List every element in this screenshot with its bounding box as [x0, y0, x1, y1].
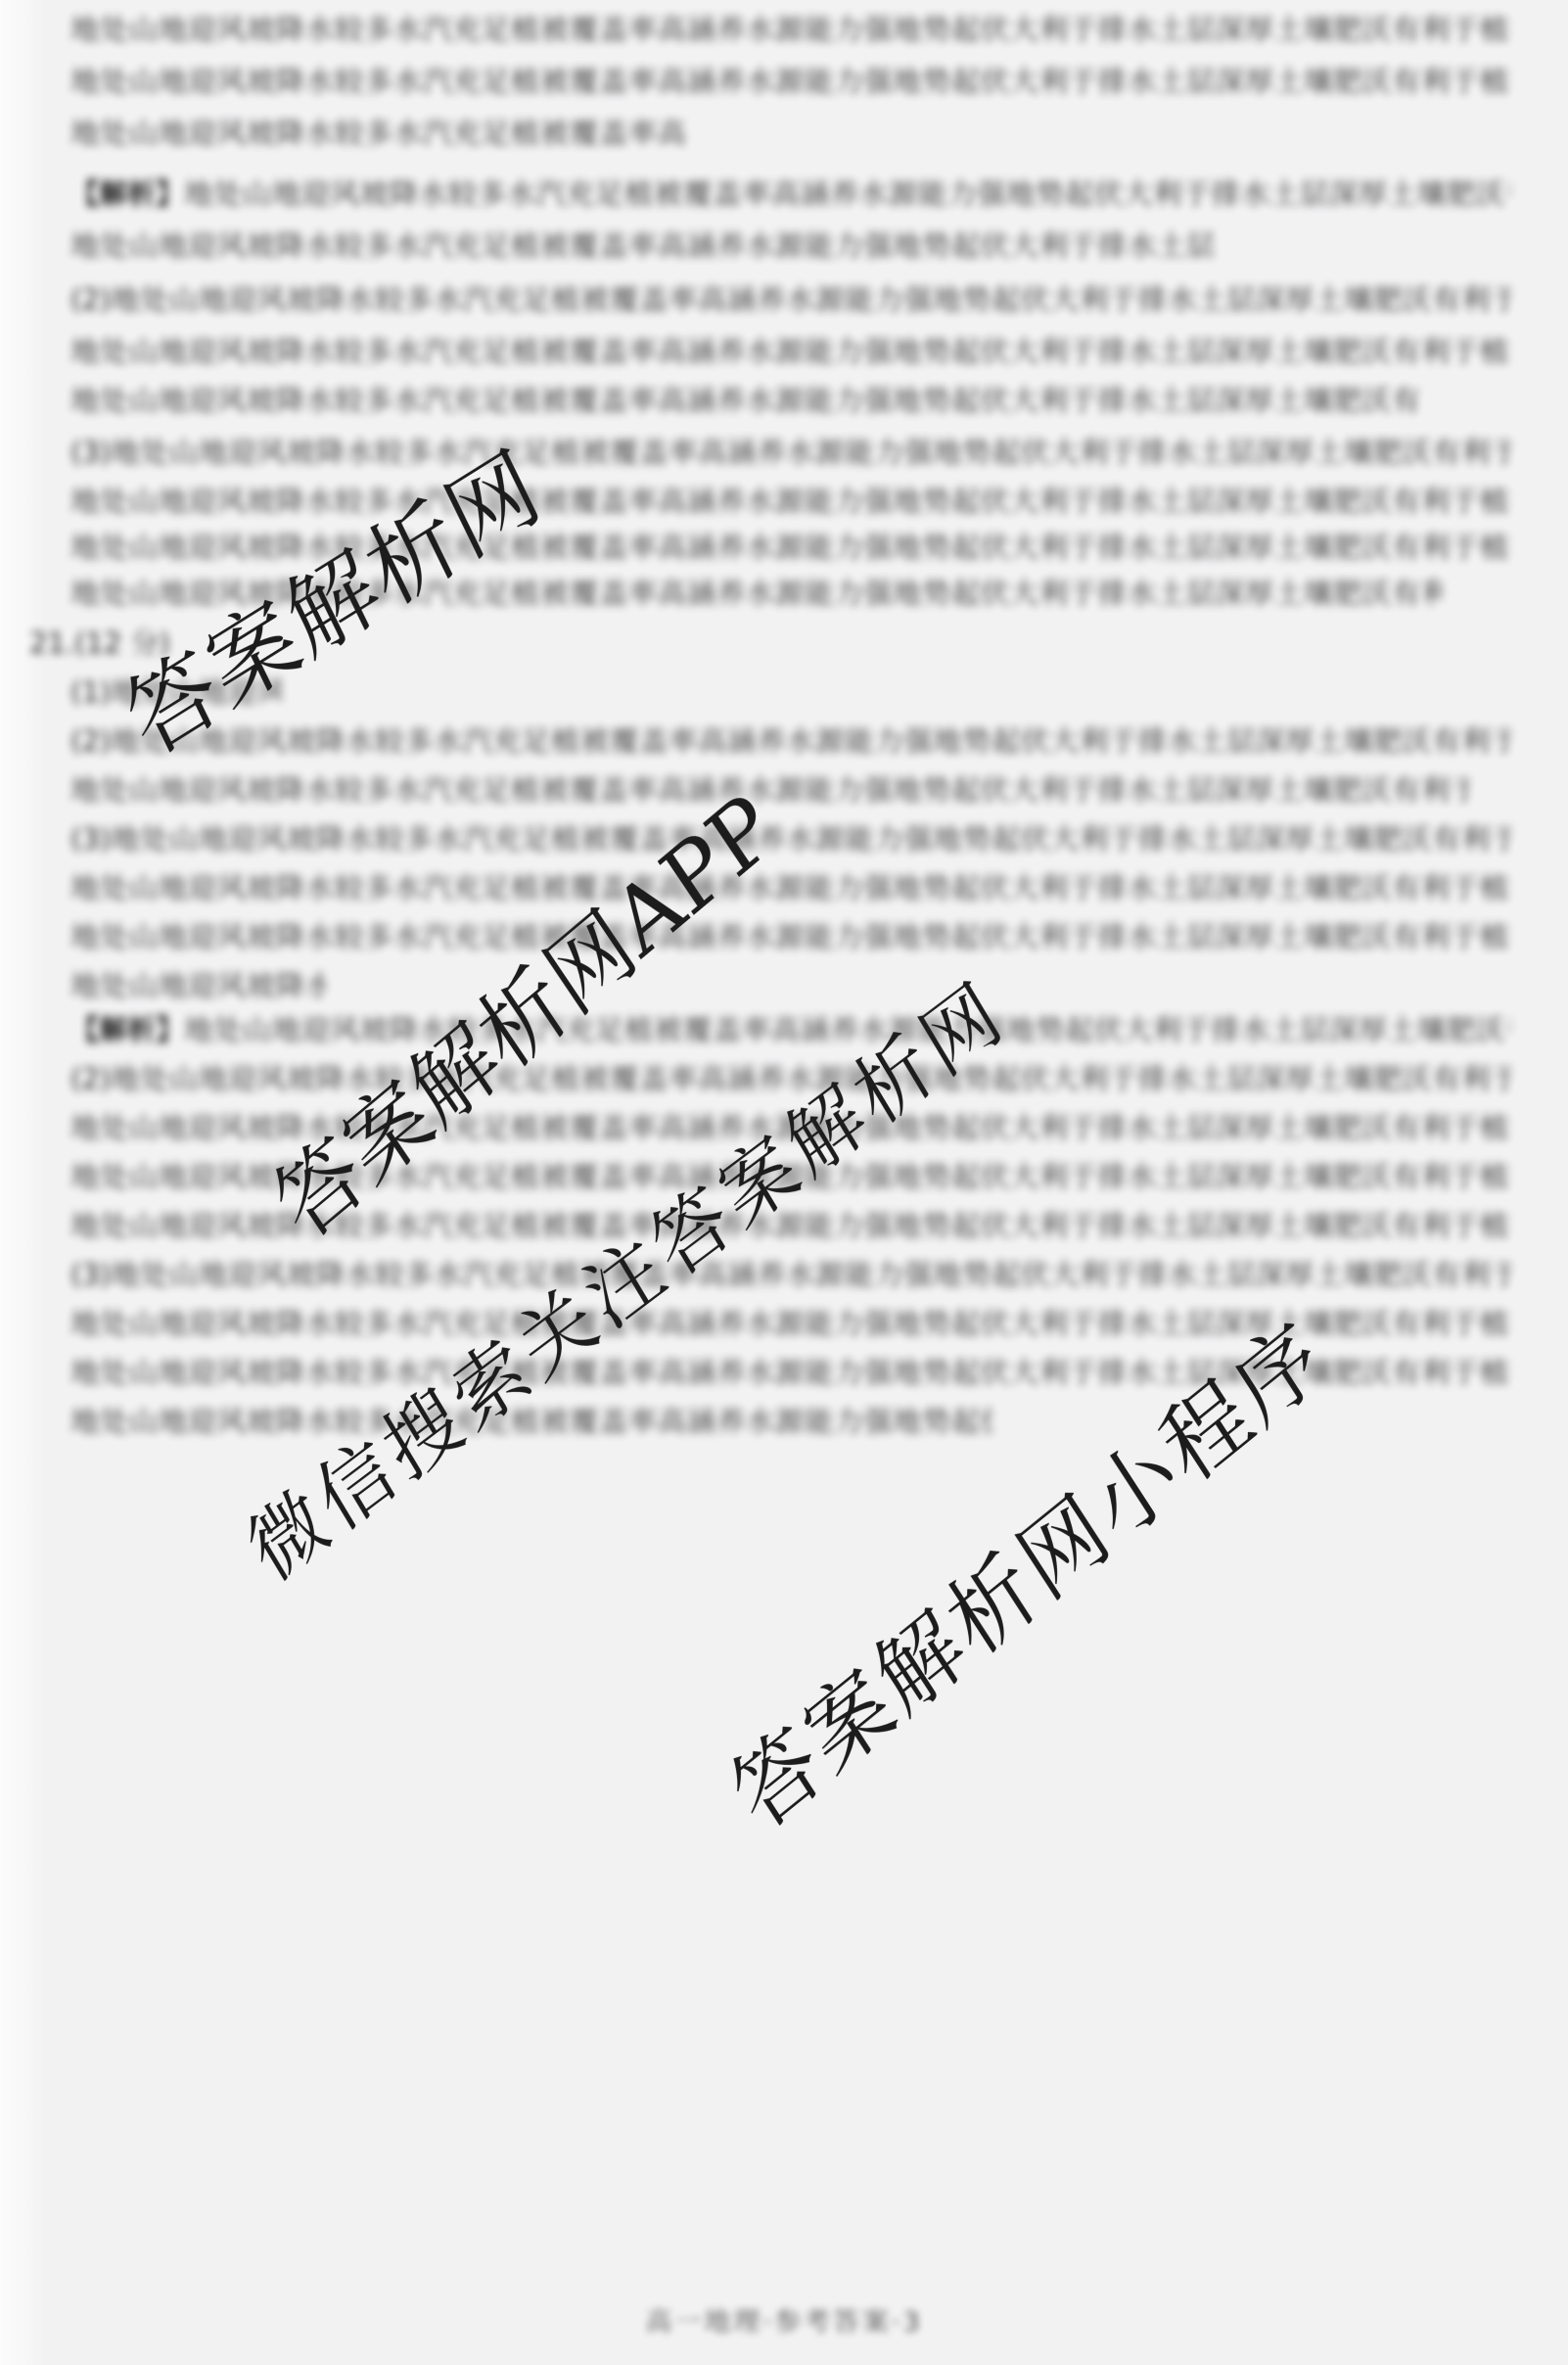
blurred-filler: 地处山地迎风坡降水较多水汽充足植被覆盖率高涵养水源能力强地势起伏大利于排水土层深… — [70, 579, 1441, 609]
blurred-text-row: 地处山地迎风坡降水较多水汽充 — [70, 971, 326, 1001]
item-label: (2) — [70, 1064, 111, 1094]
blurred-text-row: (3)地处山地迎风坡降水较多水汽充足植被覆盖率高涵养水源能力强地势起伏大利于排水… — [70, 1260, 1512, 1290]
analysis-marker: 【解析】 — [70, 1015, 184, 1045]
blurred-text-row: 地处山地迎风坡降水较多水汽充足植被覆盖率高涵养水源能力强地势起伏大利于排水土层深… — [70, 337, 1512, 367]
analysis-paragraph-row: 【解析】地处山地迎风坡降水较多水汽充足植被覆盖率高涵养水源能力强地势起伏大利于排… — [70, 1015, 1512, 1045]
item-label: (2) — [70, 285, 111, 315]
blurred-text-row: (3)地处山地迎风坡降水较多水汽充足植被覆盖率高涵养水源能力强地势起伏大利于排水… — [70, 438, 1512, 468]
item-label: (3) — [70, 1260, 111, 1290]
blurred-filler: 地处山地迎风坡降水较多水汽充足植被覆盖率高涵养水源能力强地势起伏大利于排水土层深… — [184, 179, 1512, 209]
blurred-text-row: 地处山地迎风坡降水较多水汽充足植被覆盖率高涵养水源能力强地势起伏大利于排水土层深… — [70, 15, 1512, 45]
blurred-text-row: 地处山地迎风坡降水较多水汽充足植被覆盖率高涵养水源能力强地势起伏大利于排水土层深… — [70, 1211, 1512, 1241]
blurred-text-row: 地处山地迎风坡降水较多水汽充足植被覆盖率高涵养水源能力强地势起伏大利于排水土层深… — [70, 386, 1421, 416]
blurred-filler: 地处山地迎风坡降水较多水汽充足植被覆盖率高涵养水源能力强地势起伏大利于排水土层深… — [70, 533, 1512, 563]
scan-left-margin — [0, 0, 45, 2365]
blurred-text-row: 地处山地迎风坡降水较多水汽充足植被覆盖率高涵养水源能力强地势起伏大利于排水土层深… — [70, 1113, 1512, 1143]
blurred-filler: 地处山地迎风坡降水较多水汽充足植被覆盖率高涵养水源能力强地势起伏大利于排水土层深… — [70, 1113, 1512, 1143]
blurred-filler: 地处山地迎风坡降水较多水汽充足植被覆盖率高涵养水源能力强地势起伏大利于排水土层深… — [70, 1211, 1512, 1241]
blurred-filler: 地处山地迎风坡降水较多水汽充足植被覆盖率高涵养水源能力强地势起伏大利于排水土层深… — [70, 922, 1512, 952]
analysis-marker: 【解析】 — [70, 179, 184, 209]
blurred-filler: 地处山地迎风坡降水较多水汽充足植被覆盖率高涵养水源能力强地势起伏大利于排水土层深… — [111, 285, 1512, 315]
blurred-text-row: 地处山地迎风坡降水较多水汽充足植被覆盖率高涵养水源能力强地势起伏大利于排水土层深… — [70, 873, 1512, 904]
blurred-text-row: 地处山地迎风坡降水较多水汽充足植被覆盖率高涵养水源能力强地势起伏大利于排水土层深… — [70, 1162, 1512, 1192]
blurred-text-row: (2)地处山地迎风坡降水较多水汽充足植被覆盖率高涵养水源能力强地势起伏大利于排水… — [70, 726, 1512, 757]
blurred-filler: 地处山地迎风坡降水较多水汽充足植被覆盖率高涵养水源能力强地势起伏大利于排水土层深… — [70, 15, 1512, 45]
blurred-filler: 地处山地迎风坡降水较多水汽充足植被覆盖率高涵养水源能力强地势起伏大利于排水土层深… — [70, 873, 1512, 904]
blurred-filler: 地处山地迎风坡降水较多水汽充足植被覆盖率高涵养水源能力强地势起伏大利于排水土层深… — [111, 438, 1512, 468]
blurred-text-row: 地处山地迎风坡降水较多水汽充足植被覆盖率高涵养水源能力强地势起伏大利于排水土层深… — [70, 1407, 993, 1437]
blurred-filler: 地处山地迎风坡降水较多水汽充足植被覆盖率高涵养水源能力强地势起伏大利于排水土层深… — [70, 231, 1214, 261]
blurred-filler: 地处山地迎风坡降水较多水汽充足植被覆盖率高涵养水源能力强地势起伏大利于排水土层深… — [70, 386, 1421, 416]
blurred-text-row: 地处山地迎风坡降水较多水汽充足植被覆盖率高涵养水源能力强地势起伏大利于排水土层深… — [70, 579, 1441, 609]
blurred-filler: 地处山地迎风坡降水较多水汽充足植被覆盖率高涵养水源能力强地势起伏大利于排水土层深… — [70, 775, 1470, 806]
blurred-filler: 地处山地迎风坡降水较多水汽充足植被覆盖率高涵养水源能力强地势起伏大利于排水土层深… — [111, 1260, 1512, 1290]
blurred-text-row: (1)地处山地迎风坡降水较多 — [70, 677, 281, 708]
blurred-filler: 地处山地迎风坡降水较多水汽充 — [70, 971, 326, 1001]
blurred-filler: 地处山地迎风坡降水较多水汽充足植被覆盖率高涵养水源能力强地势起伏大利于排水土层深… — [111, 1064, 1512, 1094]
blurred-filler: 地处山地迎风坡降水较多水汽充足植被覆盖率高涵养水源能力强地势起伏大利于排水土层深… — [70, 1309, 1512, 1339]
blurred-filler: 地处山地迎风坡降水较多水汽充足植被覆盖率高涵养水源能力强地势起伏大利于排水土层深… — [70, 337, 1512, 367]
blurred-filler: 地处山地迎风坡降水较多水汽充足植被覆盖率高涵养水源能力强地势起伏大利于排水土层深… — [70, 487, 1512, 517]
analysis-paragraph-row: 【解析】地处山地迎风坡降水较多水汽充足植被覆盖率高涵养水源能力强地势起伏大利于排… — [70, 179, 1512, 209]
document-page: 地处山地迎风坡降水较多水汽充足植被覆盖率高涵养水源能力强地势起伏大利于排水土层深… — [0, 0, 1568, 2365]
blurred-filler: 地处山地迎风坡降水较多水汽充足植被覆盖率高涵养水源能力强地势起伏 — [70, 118, 683, 149]
blurred-filler: 地处山地迎风坡降水较多水汽充足植被覆盖率高涵养水源能力强地势起伏大利于排水土层深… — [70, 1407, 993, 1437]
blurred-filler: 地处山地迎风坡降水较多水汽充足植被覆盖率高涵养水源能力强地势起伏大利于排水土层深… — [111, 726, 1512, 757]
blurred-filler: 地处山地迎风坡降水较多水汽充足植被覆盖率高涵养水源能力强地势起伏大利于排水土层深… — [70, 1162, 1512, 1192]
blurred-filler: 地处山地迎风坡降水较多 — [111, 677, 281, 708]
blurred-text-row: (3)地处山地迎风坡降水较多水汽充足植被覆盖率高涵养水源能力强地势起伏大利于排水… — [70, 824, 1512, 855]
blurred-text-row: (2)地处山地迎风坡降水较多水汽充足植被覆盖率高涵养水源能力强地势起伏大利于排水… — [70, 1064, 1512, 1094]
item-label: (3) — [70, 824, 111, 855]
blurred-filler: 地处山地迎风坡降水较多水汽充足植被覆盖率高涵养水源能力强地势起伏大利于排水土层深… — [111, 824, 1512, 855]
blurred-text-row: 地处山地迎风坡降水较多水汽充足植被覆盖率高涵养水源能力强地势起伏大利于排水土层深… — [70, 533, 1512, 563]
page-footer: 高一地理·参考答案·3 — [0, 2300, 1568, 2339]
blurred-text-row: (2)地处山地迎风坡降水较多水汽充足植被覆盖率高涵养水源能力强地势起伏大利于排水… — [70, 285, 1512, 315]
blurred-text-row: 地处山地迎风坡降水较多水汽充足植被覆盖率高涵养水源能力强地势起伏大利于排水土层深… — [70, 922, 1512, 952]
blurred-text-row: 地处山地迎风坡降水较多水汽充足植被覆盖率高涵养水源能力强地势起伏大利于排水土层深… — [70, 231, 1214, 261]
item-label: (2) — [70, 726, 111, 757]
item-label: 21.(12 分) — [29, 628, 170, 659]
blurred-text-row: 地处山地迎风坡降水较多水汽充足植被覆盖率高涵养水源能力强地势起伏大利于排水土层深… — [70, 67, 1512, 97]
blurred-text-row: 地处山地迎风坡降水较多水汽充足植被覆盖率高涵养水源能力强地势起伏大利于排水土层深… — [70, 1358, 1512, 1388]
question-number-row: 21.(12 分) — [29, 628, 176, 659]
blurred-filler: 地处山地迎风坡降水较多水汽充足植被覆盖率高涵养水源能力强地势起伏大利于排水土层深… — [70, 1358, 1512, 1388]
item-label: (1) — [70, 677, 111, 708]
blurred-filler: 地处山地迎风坡降水较多水汽充足植被覆盖率高涵养水源能力强地势起伏大利于排水土层深… — [184, 1015, 1512, 1045]
blurred-filler: 地处山地迎风坡降水较多水汽充足植被覆盖率高涵养水源能力强地势起伏大利于排水土层深… — [70, 67, 1512, 97]
blurred-text-row: 地处山地迎风坡降水较多水汽充足植被覆盖率高涵养水源能力强地势起伏大利于排水土层深… — [70, 487, 1512, 517]
blurred-text-row: 地处山地迎风坡降水较多水汽充足植被覆盖率高涵养水源能力强地势起伏大利于排水土层深… — [70, 1309, 1512, 1339]
item-label: (3) — [70, 438, 111, 468]
blurred-text-row: 地处山地迎风坡降水较多水汽充足植被覆盖率高涵养水源能力强地势起伏大利于排水土层深… — [70, 775, 1470, 806]
blurred-text-row: 地处山地迎风坡降水较多水汽充足植被覆盖率高涵养水源能力强地势起伏 — [70, 118, 683, 149]
